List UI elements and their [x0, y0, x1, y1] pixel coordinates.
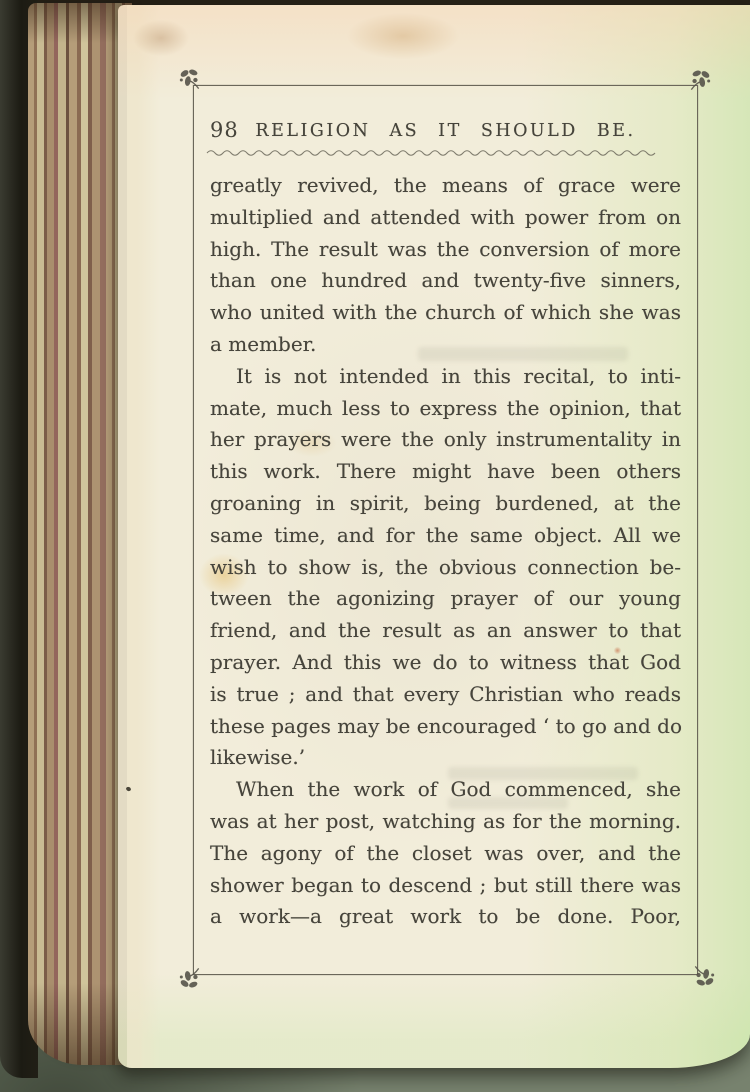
text-line: tween the agonizing prayer of our young	[210, 583, 681, 615]
text-line: The agony of the closet was over, and th…	[210, 838, 681, 870]
text-line: a member.	[210, 329, 681, 361]
text-line: It is not intended in this recital, to i…	[210, 361, 681, 393]
page-border-frame: 98 RELIGION AS IT SHOULD BE. greatly rev…	[193, 85, 698, 975]
text-line: likewise.’	[210, 742, 681, 774]
book-photo: 98 RELIGION AS IT SHOULD BE. greatly rev…	[0, 0, 750, 1092]
fleuron-ornament-icon	[177, 964, 203, 990]
paper-stain	[126, 15, 196, 61]
page-text: greatly revived, the means of grace were…	[210, 170, 681, 933]
text-line: When the work of God commenced, she	[210, 774, 681, 806]
text-line: these pages may be encouraged ‘ to go an…	[210, 711, 681, 743]
text-line: a work—a great work to be done. Poor,	[210, 901, 681, 933]
text-line: groaning in spirit, being burdened, at t…	[210, 488, 681, 520]
fleuron-ornament-icon	[687, 68, 713, 94]
text-line: who united with the church of which she …	[210, 297, 681, 329]
page-stack-fore-edge	[28, 3, 132, 1065]
paper-stain	[328, 5, 478, 67]
paper-speck	[125, 786, 131, 792]
fleuron-ornament-icon	[691, 962, 717, 988]
text-line: this work. There might have been others	[210, 456, 681, 488]
text-line: wish to show is, the obvious connection …	[210, 552, 681, 584]
running-header: 98 RELIGION AS IT SHOULD BE.	[210, 118, 681, 144]
wavy-rule	[206, 148, 658, 158]
running-title: RELIGION AS IT SHOULD BE.	[255, 121, 635, 141]
text-line: prayer. And this we do to witness that G…	[210, 647, 681, 679]
text-line: is true ; and that every Christian who r…	[210, 679, 681, 711]
text-line: same time, and for the same object. All …	[210, 520, 681, 552]
text-line: than one hundred and twenty-five sinners…	[210, 265, 681, 297]
text-line: friend, and the result as an answer to t…	[210, 615, 681, 647]
fleuron-ornament-icon	[177, 67, 203, 93]
text-line: high. The result was the conversion of m…	[210, 234, 681, 266]
text-line: shower began to descend ; but still ther…	[210, 870, 681, 902]
text-line: was at her post, watching as for the mor…	[210, 806, 681, 838]
text-line: her prayers were the only instrumentalit…	[210, 424, 681, 456]
book-page: 98 RELIGION AS IT SHOULD BE. greatly rev…	[118, 5, 750, 1068]
text-line: greatly revived, the means of grace were	[210, 170, 681, 202]
text-line: mate, much less to express the opinion, …	[210, 393, 681, 425]
page-number: 98	[210, 118, 239, 142]
text-line: multiplied and attended with power from …	[210, 202, 681, 234]
